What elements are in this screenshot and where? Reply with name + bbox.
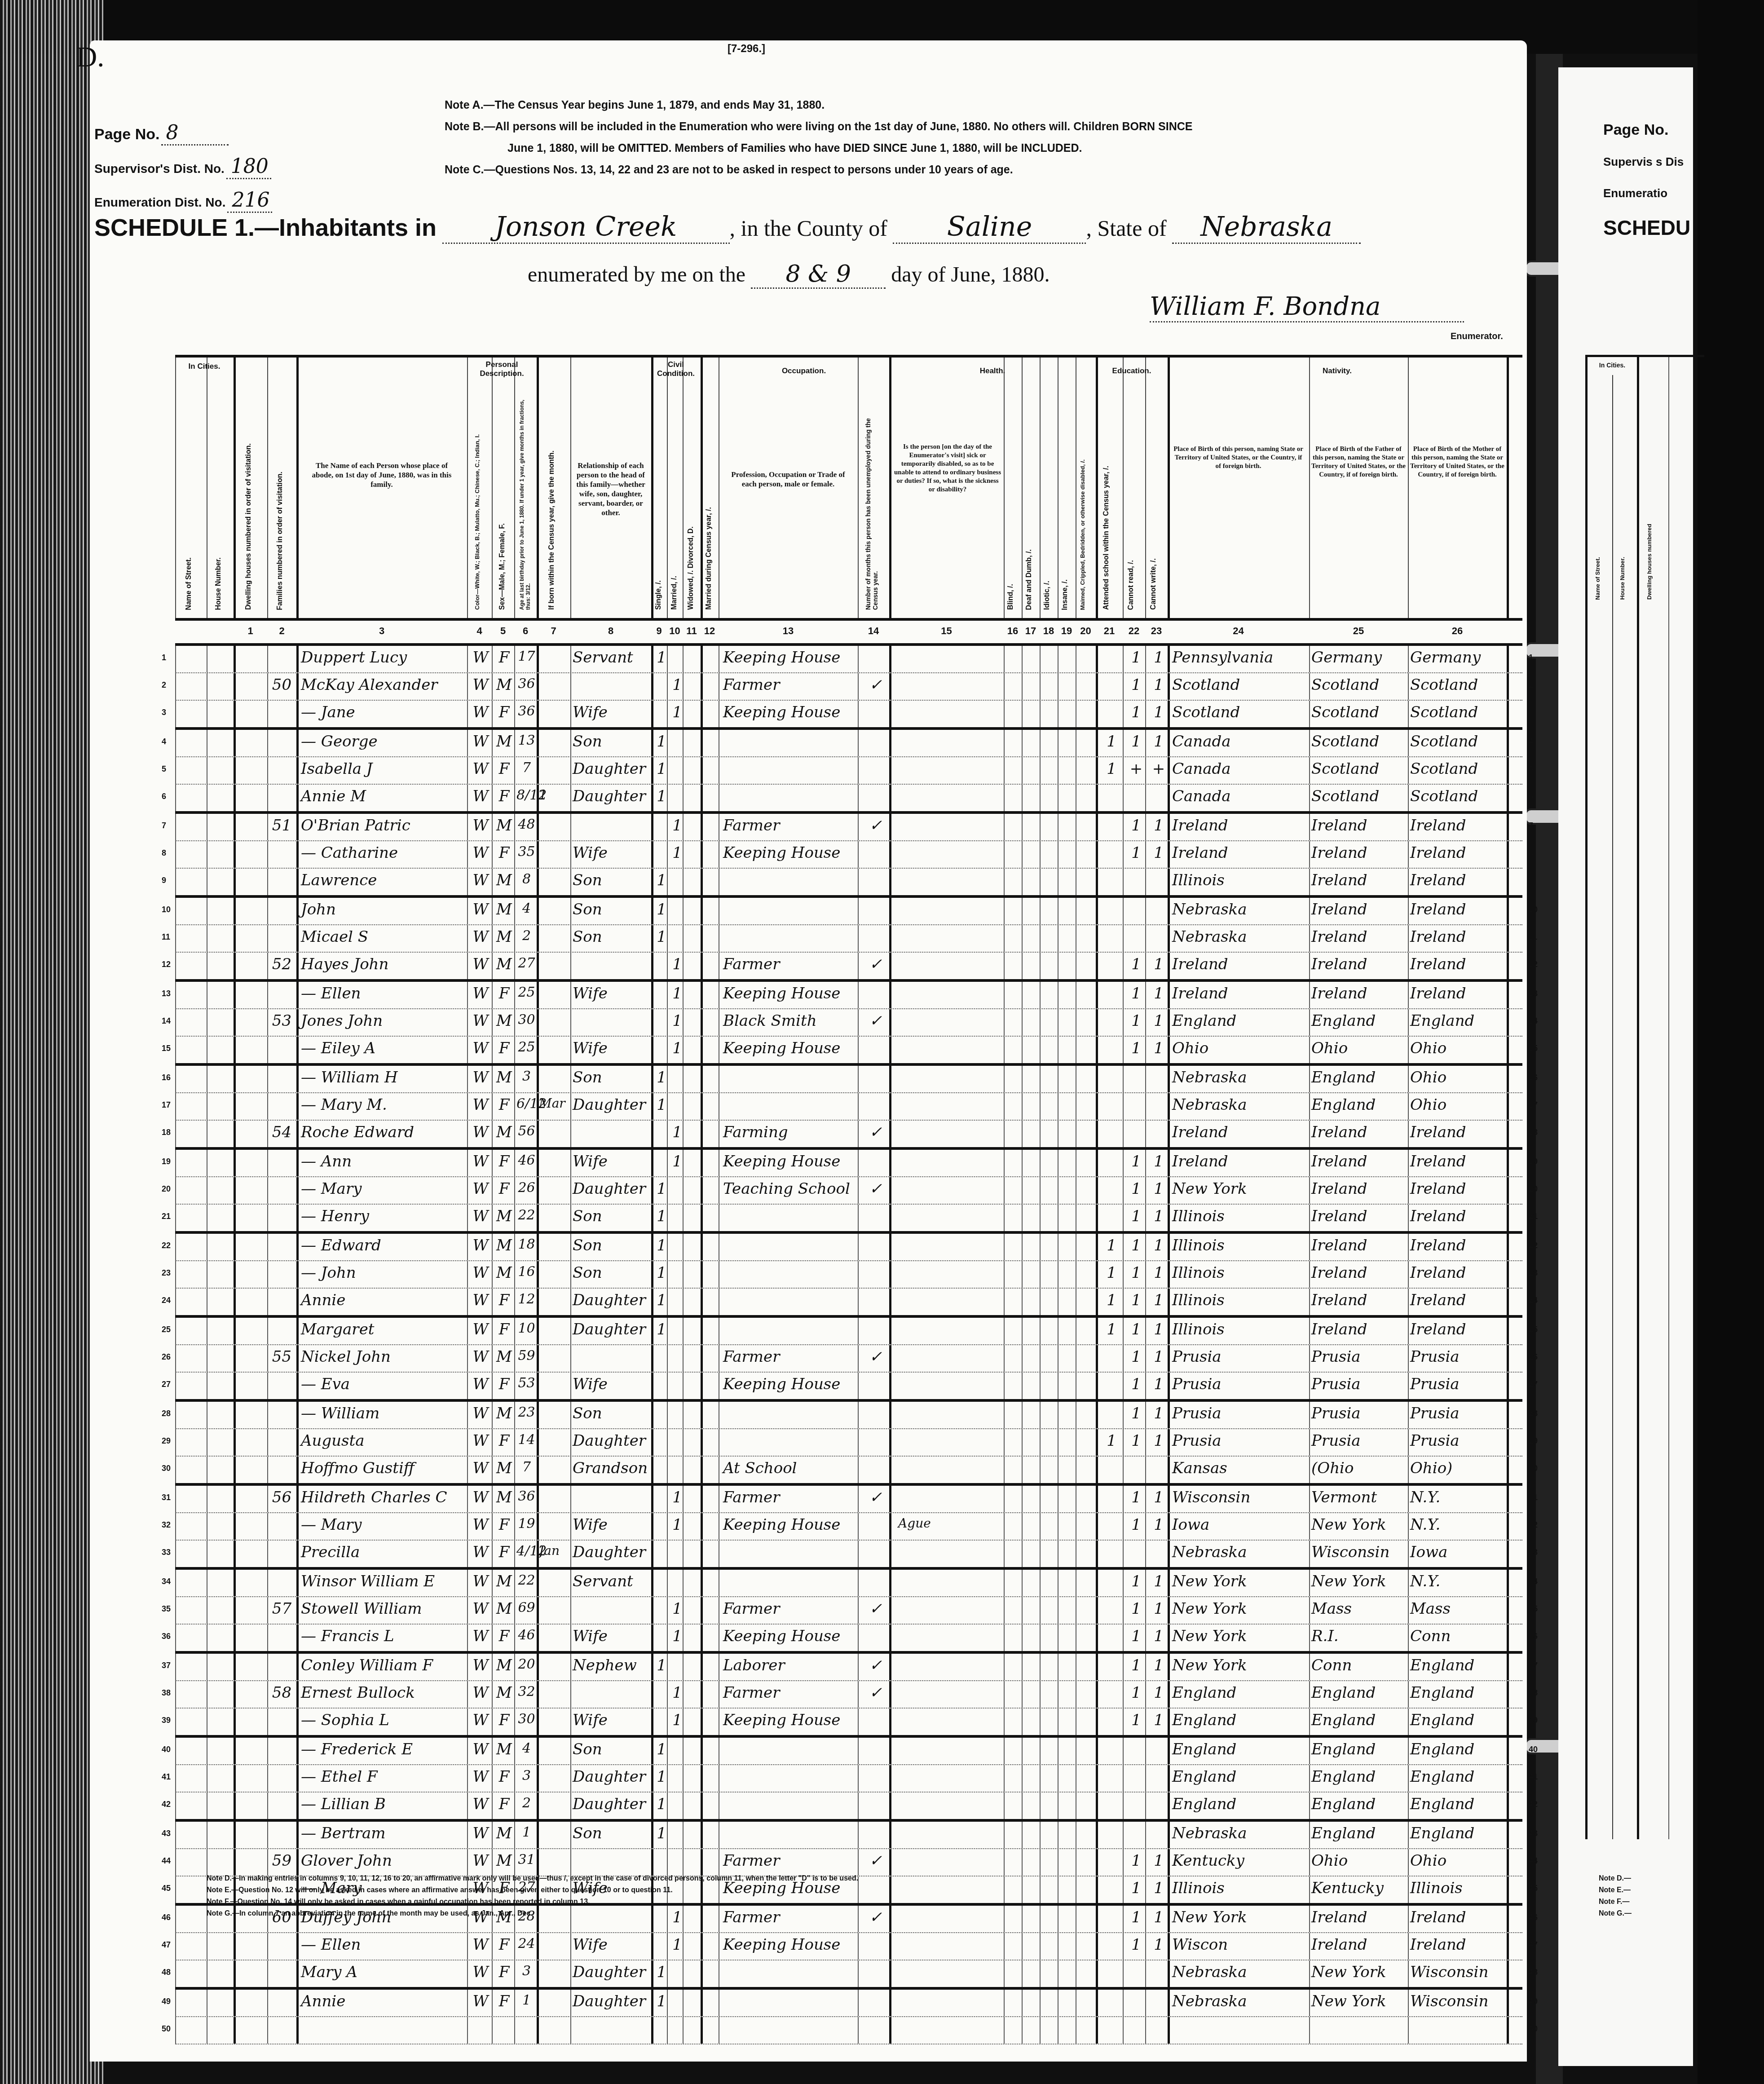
mother-birthplace: Ireland <box>1410 901 1507 918</box>
age: 36 <box>516 1488 537 1504</box>
person-name: — Ethel F <box>301 1768 467 1786</box>
birthplace: Nebraska <box>1172 1824 1307 1842</box>
birthplace: Ohio <box>1172 1039 1307 1057</box>
enumeration-district-label: Enumeration Dist. No. <box>94 195 225 209</box>
line-number-right: 41 <box>1522 1772 1538 1782</box>
relationship: Daughter <box>573 760 651 778</box>
cannot-write-mark: 1 <box>1150 1291 1168 1309</box>
note-a: Note A.—The Census Year begins June 1, 1… <box>445 94 1193 116</box>
father-birthplace: Ireland <box>1311 1207 1408 1225</box>
header-c4: Color—White, W.; Black, B.; Mulatto, Mu.… <box>474 434 481 610</box>
line-number: 20 <box>162 1184 171 1194</box>
father-birthplace: Ireland <box>1311 1264 1408 1282</box>
father-birthplace: England <box>1311 1711 1408 1729</box>
person-name: — William H <box>301 1068 467 1086</box>
adjacent-street: Name of Street. <box>1594 557 1601 600</box>
table-row: 141453Jones JohnWM301Black Smith✓11Engla… <box>175 1009 1522 1037</box>
header-c10: Married, /. <box>670 576 679 610</box>
dwelling-number: 52 <box>267 955 296 973</box>
header-c22: Cannot read, /. <box>1127 560 1135 610</box>
mother-birthplace: Scotland <box>1410 760 1507 778</box>
color: W <box>469 1348 492 1366</box>
relationship: Wife <box>573 985 651 1002</box>
single-mark: 1 <box>655 1795 668 1813</box>
colnum-6: 6 <box>514 625 537 637</box>
cannot-read-mark: 1 <box>1127 817 1145 834</box>
relationship: Son <box>573 1207 651 1225</box>
line-number-right: 48 <box>1522 1968 1538 1977</box>
cannot-write-mark: 1 <box>1150 1936 1168 1954</box>
sex: M <box>494 1123 514 1141</box>
line-number: 49 <box>162 1997 171 2006</box>
birthplace: Prusia <box>1172 1404 1307 1422</box>
colnum-7: 7 <box>537 625 570 637</box>
person-name: — John <box>301 1264 467 1282</box>
person-name: — Eiley A <box>301 1039 467 1057</box>
line-number-right: 12 <box>1522 960 1538 969</box>
header-house: House Number. <box>215 557 223 610</box>
header-c16: Blind, /. <box>1007 584 1015 610</box>
birthplace: Nebraska <box>1172 1992 1307 2010</box>
table-row: 44— GeorgeWM13Son1111CanadaScotlandScotl… <box>175 730 1522 757</box>
line-number: 22 <box>162 1241 171 1250</box>
mother-birthplace: England <box>1410 1824 1507 1842</box>
unemployed-mark: ✓ <box>862 1180 889 1198</box>
relationship: Son <box>573 733 651 751</box>
birthplace: Nebraska <box>1172 928 1307 946</box>
age: 31 <box>516 1852 537 1868</box>
father-birthplace: Ireland <box>1311 928 1408 946</box>
age: 18 <box>516 1236 537 1252</box>
relationship: Wife <box>573 1516 651 1534</box>
cannot-write-mark: 1 <box>1150 1432 1168 1450</box>
father-birthplace: Ireland <box>1311 955 1408 973</box>
occupation: Teaching School <box>723 1180 858 1198</box>
page-number-value: 8 <box>161 121 229 146</box>
header-c12: Married during Census year, /. <box>705 507 713 610</box>
header-c19: Insane, /. <box>1061 579 1069 610</box>
cannot-read-mark: 1 <box>1127 1152 1145 1170</box>
table-row: 2727— EvaWF53WifeKeeping House11PrusiaPr… <box>175 1373 1522 1402</box>
single-mark: 1 <box>655 1740 668 1758</box>
table-row: 66Annie MWF8/121Daughter1CanadaScotlandS… <box>175 785 1522 814</box>
birth-month: 1 <box>539 787 570 802</box>
birthplace: Wiscon <box>1172 1936 1307 1954</box>
line-number: 30 <box>162 1464 171 1473</box>
line-number-right: 44 <box>1522 1856 1538 1866</box>
person-name: — George <box>301 733 467 751</box>
age: 22 <box>516 1572 537 1588</box>
dwelling-number: 51 <box>267 817 296 834</box>
age: 46 <box>516 1152 537 1168</box>
married-mark: 1 <box>670 676 684 694</box>
single-mark: 1 <box>655 1236 668 1254</box>
line-number-right: 46 <box>1522 1913 1538 1922</box>
dwelling-number: 55 <box>267 1348 296 1366</box>
line-number: 1 <box>162 653 166 662</box>
color: W <box>469 1152 492 1170</box>
line-number-right: 7 <box>1522 821 1533 830</box>
person-name: Nickel John <box>301 1348 467 1366</box>
group-in-cities: In Cities. <box>175 362 234 371</box>
header-c20: Maimed, Crippled, Bedridden, or otherwis… <box>1079 459 1086 610</box>
table-row: 1515— Eiley AWF25Wife1Keeping House11Ohi… <box>175 1037 1522 1066</box>
cannot-read-mark: 1 <box>1127 1320 1145 1338</box>
father-birthplace: New York <box>1311 1992 1408 2010</box>
color: W <box>469 1264 492 1282</box>
table-row: 444459Glover JohnWM31Farmer✓11KentuckyOh… <box>175 1849 1522 1876</box>
birthplace: Scotland <box>1172 703 1307 721</box>
dwelling-number: 59 <box>267 1852 296 1870</box>
occupation: Keeping House <box>723 703 858 721</box>
color: W <box>469 844 492 862</box>
color: W <box>469 1768 492 1786</box>
header-c9: Single, /. <box>655 580 663 610</box>
line-number: 4 <box>162 737 166 746</box>
father-birthplace: R.I. <box>1311 1627 1408 1645</box>
relationship: Daughter <box>573 1992 651 2010</box>
unemployed-mark: ✓ <box>862 1600 889 1618</box>
place-name: Jonson Creek <box>442 211 730 244</box>
colnum-26: 26 <box>1408 625 1507 637</box>
sex: F <box>494 1320 514 1338</box>
mother-birthplace: Prusia <box>1410 1432 1507 1450</box>
sex: M <box>494 955 514 973</box>
table-row: 3030Hoffmo GustiffWM7GrandsonAt SchoolKa… <box>175 1457 1522 1486</box>
enum-day: 8 & 9 <box>751 260 886 289</box>
line-number-right: 14 <box>1522 1016 1538 1026</box>
table-row: 11Duppert LucyWF17Servant1Keeping House1… <box>175 646 1522 673</box>
line-number: 23 <box>162 1268 171 1278</box>
relationship: Son <box>573 871 651 889</box>
note-g: Note G.—In column 7 an abbreviation in t… <box>207 1908 858 1920</box>
table-row: 4848Mary AWF3Daughter1NebraskaNew YorkWi… <box>175 1960 1522 1990</box>
mother-birthplace: Scotland <box>1410 703 1507 721</box>
line-number-right: 15 <box>1522 1044 1538 1053</box>
header-c7: If born within the Census year, give the… <box>548 450 556 610</box>
relationship: Son <box>573 1068 651 1086</box>
age: 4/12 <box>516 1543 537 1559</box>
father-birthplace: Scotland <box>1311 676 1408 694</box>
color: W <box>469 985 492 1002</box>
cannot-write-mark: 1 <box>1150 1572 1168 1590</box>
birthplace: Ireland <box>1172 1123 1307 1141</box>
dwelling-number: 56 <box>267 1488 296 1506</box>
header-c17: Deaf and Dumb, /. <box>1025 549 1033 610</box>
line-number: 39 <box>162 1716 171 1725</box>
line-number: 6 <box>162 792 166 801</box>
line-number: 5 <box>162 764 166 774</box>
single-mark: 1 <box>655 1207 668 1225</box>
person-name: — Mary <box>301 1516 467 1534</box>
line-number-right: 43 <box>1522 1829 1538 1838</box>
person-name: Hayes John <box>301 955 467 973</box>
sex: M <box>494 928 514 946</box>
sex: F <box>494 1516 514 1534</box>
table-row: 181854Roche EdwardWM561Farming✓IrelandIr… <box>175 1121 1522 1150</box>
relationship: Son <box>573 1824 651 1842</box>
colnum-3: 3 <box>296 625 467 637</box>
person-name: Augusta <box>301 1432 467 1450</box>
header-c24: Place of Birth of this person, naming St… <box>1172 445 1305 471</box>
relationship: Daughter <box>573 1291 651 1309</box>
cannot-read-mark: + <box>1127 760 1145 778</box>
adjacent-dwelling: Dwelling houses numbered <box>1646 524 1653 600</box>
sex: M <box>494 1740 514 1758</box>
color: W <box>469 1207 492 1225</box>
married-mark: 1 <box>670 817 684 834</box>
mother-birthplace: England <box>1410 1768 1507 1786</box>
mother-birthplace: Ohio <box>1410 1039 1507 1057</box>
person-name: — Sophia L <box>301 1711 467 1729</box>
table-row: 262655Nickel JohnWM59Farmer✓11PrusiaPrus… <box>175 1345 1522 1373</box>
enumerator-label: Enumerator. <box>1451 331 1503 342</box>
birthplace: New York <box>1172 1656 1307 1674</box>
colnum-10: 10 <box>667 625 683 637</box>
person-name: — Mary M. <box>301 1096 467 1114</box>
bottom-notes: Note D.—In making entries in columns 9, … <box>207 1873 858 1920</box>
relationship: Wife <box>573 1711 651 1729</box>
sex: M <box>494 901 514 918</box>
mother-birthplace: Ireland <box>1410 1123 1507 1141</box>
single-mark: 1 <box>655 1768 668 1786</box>
occupation: Farmer <box>723 1600 858 1618</box>
school-mark: 1 <box>1102 760 1120 778</box>
father-birthplace: New York <box>1311 1572 1408 1590</box>
father-birthplace: England <box>1311 1795 1408 1813</box>
colnum-5: 5 <box>492 625 514 637</box>
cannot-read-mark: 1 <box>1127 1600 1145 1618</box>
person-name: McKay Alexander <box>301 676 467 694</box>
cannot-write-mark: 1 <box>1150 1236 1168 1254</box>
table-row: 2525MargaretWF10Daughter1111IllinoisIrel… <box>175 1318 1522 1345</box>
page-number-field: Page No. 8 <box>94 121 229 146</box>
sex: M <box>494 733 514 751</box>
dwelling-number: 53 <box>267 1012 296 1030</box>
birthplace: Kansas <box>1172 1459 1307 1477</box>
married-mark: 1 <box>670 955 684 973</box>
enumeration-date-line: enumerated by me on the 8 & 9 day of Jun… <box>528 260 1050 289</box>
married-mark: 1 <box>670 1684 684 1702</box>
married-mark: 1 <box>670 985 684 1002</box>
line-number: 47 <box>162 1940 171 1950</box>
cannot-write-mark: 1 <box>1150 1879 1168 1897</box>
color: W <box>469 1432 492 1450</box>
person-name: Annie <box>301 1291 467 1309</box>
color: W <box>469 1180 492 1198</box>
color: W <box>469 1068 492 1086</box>
colnum-1: 1 <box>234 625 267 637</box>
line-number: 9 <box>162 876 166 885</box>
dwelling-number: 57 <box>267 1600 296 1618</box>
birthplace: Illinois <box>1172 1236 1307 1254</box>
group-health: Health. <box>889 366 1096 375</box>
table-row: 1717— Mary M.WF6/12MarDaughter1NebraskaE… <box>175 1093 1522 1121</box>
colnum-12: 12 <box>701 625 719 637</box>
line-number-right: 31 <box>1522 1493 1538 1502</box>
cannot-read-mark: 1 <box>1127 1711 1145 1729</box>
sex: M <box>494 1068 514 1086</box>
cannot-read-mark: 1 <box>1127 1516 1145 1534</box>
birthplace: Illinois <box>1172 1264 1307 1282</box>
cannot-read-mark: 1 <box>1127 1404 1145 1422</box>
person-name: — Henry <box>301 1207 467 1225</box>
header-c25: Place of Birth of the Father of this per… <box>1311 445 1406 479</box>
single-mark: 1 <box>655 1096 668 1114</box>
group-nativity: Nativity. <box>1168 366 1507 375</box>
color: W <box>469 1543 492 1561</box>
line-number-right: 39 <box>1522 1716 1538 1725</box>
mother-birthplace: Prusia <box>1410 1404 1507 1422</box>
age: 13 <box>516 733 537 748</box>
color: W <box>469 649 492 667</box>
father-birthplace: England <box>1311 1740 1408 1758</box>
line-number-right: 34 <box>1522 1577 1538 1586</box>
sex: M <box>494 1264 514 1282</box>
color: W <box>469 1627 492 1645</box>
cannot-read-mark: 1 <box>1127 955 1145 973</box>
father-birthplace: Ireland <box>1311 1320 1408 1338</box>
census-table: In Cities. Personal Description. Civil C… <box>175 355 1522 2044</box>
father-birthplace: Kentucky <box>1311 1879 1408 1897</box>
relationship: Son <box>573 928 651 946</box>
line-number: 26 <box>162 1352 171 1362</box>
line-number: 33 <box>162 1548 171 1557</box>
enumerator-signature: William F. Bondna <box>1150 292 1464 322</box>
age: 20 <box>516 1656 537 1672</box>
unemployed-mark: ✓ <box>862 1123 889 1141</box>
person-name: — Lillian B <box>301 1795 467 1813</box>
occupation: Keeping House <box>723 1711 858 1729</box>
relationship: Daughter <box>573 1180 651 1198</box>
mother-birthplace: Ireland <box>1410 844 1507 862</box>
age: 7 <box>516 1459 537 1475</box>
table-row: 1919— AnnWF46Wife1Keeping House11Ireland… <box>175 1150 1522 1177</box>
relationship: Grandson <box>573 1459 651 1477</box>
birthplace: Nebraska <box>1172 1543 1307 1561</box>
mother-birthplace: Ohio <box>1410 1096 1507 1114</box>
line-number: 10 <box>162 905 171 914</box>
school-mark: 1 <box>1102 733 1120 751</box>
birth-month: Jan <box>539 1543 570 1558</box>
mother-birthplace: Scotland <box>1410 733 1507 751</box>
birthplace: Illinois <box>1172 1320 1307 1338</box>
sex: M <box>494 1488 514 1506</box>
cannot-write-mark: 1 <box>1150 1600 1168 1618</box>
cannot-write-mark: 1 <box>1150 817 1168 834</box>
adjacent-note-f: Note F.— <box>1599 1896 1632 1908</box>
person-name: — Catharine <box>301 844 467 862</box>
sex: F <box>494 1432 514 1450</box>
age: 2 <box>516 928 537 944</box>
line-number: 14 <box>162 1016 171 1026</box>
line-number-right: 20 <box>1522 1184 1538 1194</box>
occupation: Keeping House <box>723 1627 858 1645</box>
age: 1 <box>516 1992 537 2008</box>
person-name: — Ellen <box>301 985 467 1002</box>
birthplace: Ireland <box>1172 1152 1307 1170</box>
father-birthplace: Scotland <box>1311 787 1408 805</box>
unemployed-mark: ✓ <box>862 1852 889 1870</box>
dwelling-number: 58 <box>267 1684 296 1702</box>
age: 24 <box>516 1936 537 1952</box>
sex: M <box>494 1207 514 1225</box>
line-number: 13 <box>162 989 171 998</box>
single-mark: 1 <box>655 1824 668 1842</box>
color: W <box>469 1795 492 1813</box>
birthplace: Prusia <box>1172 1348 1307 1366</box>
sex: F <box>494 1711 514 1729</box>
father-birthplace: Ireland <box>1311 1936 1408 1954</box>
adjacent-supervisors: Supervis s Dis <box>1603 155 1684 169</box>
mother-birthplace: Ireland <box>1410 955 1507 973</box>
line-number: 48 <box>162 1968 171 1977</box>
school-mark: 1 <box>1102 1291 1120 1309</box>
mother-birthplace: Wisconsin <box>1410 1992 1507 2010</box>
birthplace: Ireland <box>1172 955 1307 973</box>
color: W <box>469 871 492 889</box>
sex: F <box>494 649 514 667</box>
colnum-14: 14 <box>858 625 889 637</box>
single-mark: 1 <box>655 1656 668 1674</box>
occupation: Farmer <box>723 1852 858 1870</box>
table-row: 1616— William HWM3Son1NebraskaEnglandOhi… <box>175 1066 1522 1093</box>
relationship: Wife <box>573 1152 651 1170</box>
line-number-right: 47 <box>1522 1940 1538 1950</box>
cannot-read-mark: 1 <box>1127 1572 1145 1590</box>
married-mark: 1 <box>670 1488 684 1506</box>
color: W <box>469 1572 492 1590</box>
birthplace: Nebraska <box>1172 1068 1307 1086</box>
header-c18: Idiotic, /. <box>1043 581 1051 610</box>
line-number: 36 <box>162 1632 171 1641</box>
relationship: Nephew <box>573 1656 651 1674</box>
occupation: Keeping House <box>723 844 858 862</box>
mother-birthplace: England <box>1410 1711 1507 1729</box>
line-number-right: 17 <box>1522 1100 1538 1110</box>
age: 30 <box>516 1012 537 1028</box>
person-name: Mary A <box>301 1963 467 1981</box>
table-row: 4242— Lillian BWF2Daughter1EnglandEnglan… <box>175 1793 1522 1822</box>
relationship: Wife <box>573 1039 651 1057</box>
color: W <box>469 1963 492 1981</box>
mother-birthplace: Ohio) <box>1410 1459 1507 1477</box>
header-c21: Attended school within the Census year, … <box>1102 466 1111 610</box>
page-number-label: Page No. <box>94 126 159 143</box>
cannot-write-mark: 1 <box>1150 1320 1168 1338</box>
color: W <box>469 901 492 918</box>
occupation: Keeping House <box>723 1152 858 1170</box>
table-row: 3232— MaryWF19Wife1Keeping HouseAgue11Io… <box>175 1513 1522 1541</box>
age: 4 <box>516 1740 537 1756</box>
enum-suffix: day of June, 1880. <box>891 263 1050 287</box>
adjacent-schedule: SCHEDU <box>1603 216 1690 240</box>
sex: F <box>494 1180 514 1198</box>
sex: M <box>494 1012 514 1030</box>
birthplace: New York <box>1172 1600 1307 1618</box>
mother-birthplace: N.Y. <box>1410 1516 1507 1534</box>
birthplace: England <box>1172 1795 1307 1813</box>
cannot-read-mark: 1 <box>1127 1908 1145 1926</box>
line-number-right: 9 <box>1522 876 1533 885</box>
group-personal: Personal Description. <box>467 360 537 378</box>
color: W <box>469 676 492 694</box>
father-birthplace: Ireland <box>1311 1180 1408 1198</box>
cannot-read-mark: 1 <box>1127 1207 1145 1225</box>
line-number-right: 32 <box>1522 1520 1538 1530</box>
color: W <box>469 703 492 721</box>
enumeration-district-value: 216 <box>227 189 272 213</box>
